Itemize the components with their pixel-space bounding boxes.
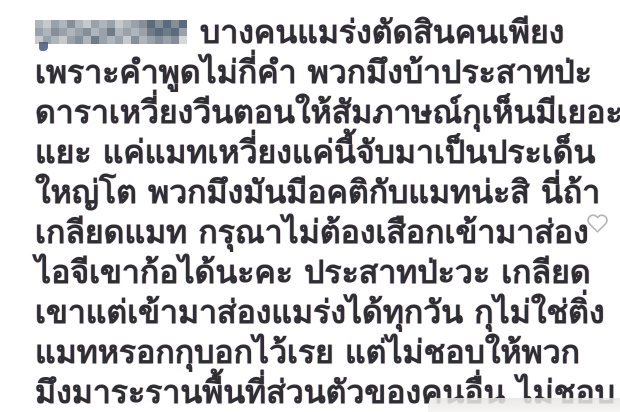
censor-pixel [35, 28, 43, 36]
comment-text-line: บางคนแมร่งตัดสินคนเพียง [200, 12, 564, 52]
partial-next-element [428, 398, 620, 412]
censored-username[interactable] [35, 20, 187, 44]
comment-text-line: ใหญ่โต พวกมึงมันมีอคติกับแมทน่ะสิ นี่ถ้า [35, 172, 595, 212]
comment-text-line: แมทหรอกกุบอกไว้เรย แต่ไม่ชอบให้พวก [35, 332, 595, 372]
censor-pixel [51, 20, 59, 28]
censor-pixel [35, 20, 43, 28]
censor-pixel [171, 20, 179, 28]
censor-pixel [59, 20, 67, 28]
censor-pixel [51, 36, 59, 44]
censor-pixel [75, 36, 83, 44]
censor-pixel [67, 36, 75, 44]
censor-pixel [75, 20, 83, 28]
censor-pixel [51, 28, 59, 36]
censor-pixel [171, 28, 179, 36]
censor-pixel [83, 36, 91, 44]
censor-pixel [107, 36, 115, 44]
censor-pixel [131, 36, 139, 44]
heart-outline-icon [586, 212, 609, 235]
censor-pixel [123, 20, 131, 28]
censor-pixel [123, 28, 131, 36]
comment-body: บางคนแมร่งตัดสินคนเพียง เพราะคำพูดไม่กี่… [35, 12, 595, 412]
censor-pixel [83, 20, 91, 28]
censor-pixel [43, 20, 51, 28]
comment-screenshot: บางคนแมร่งตัดสินคนเพียง เพราะคำพูดไม่กี่… [0, 0, 620, 412]
censor-pixel [147, 28, 155, 36]
censor-pixel [163, 20, 171, 28]
censor-pixel [139, 36, 147, 44]
comment-text-line: ดาราเหวี่ยงวีนตอนให้สัมภาษณ์กุเห็นมีเยอะ [35, 92, 595, 132]
censor-pixel [67, 28, 75, 36]
censor-pixel [83, 28, 91, 36]
censor-pixel [91, 20, 99, 28]
censor-pixel [131, 20, 139, 28]
comment-text-line: แยะ แค่แมทเหวี่ยงแค่นี้จับมาเป็นประเด็น [35, 132, 595, 172]
comment-text-line: เพราะคำพูดไม่กี่คำ พวกมึงบ้าประสาทป่ะ [35, 52, 595, 92]
censor-pixel [107, 20, 115, 28]
censor-pixel [139, 28, 147, 36]
comment-text-line: เขาแต่เข้ามาส่องแมร่งได้ทุกวัน กุไม่ใช่ต… [35, 292, 595, 332]
censor-pixel [163, 28, 171, 36]
censor-pixel [147, 36, 155, 44]
censor-pixel [179, 36, 187, 44]
comment-text-line: ไอจีเขาก้อได้นะคะ ประสาทป่ะวะ เกลียด [35, 252, 595, 292]
censor-pixel [139, 20, 147, 28]
censor-pixel [131, 28, 139, 36]
censor-pixel [155, 36, 163, 44]
censored-username-descender [39, 42, 48, 51]
censor-pixel [155, 20, 163, 28]
comment-text-line: เกลียดแมท กรุณาไม่ต้องเสือกเข้ามาส่อง [35, 212, 595, 252]
censor-pixel [91, 28, 99, 36]
censor-pixel [43, 28, 51, 36]
censor-pixel [59, 28, 67, 36]
censor-pixel [171, 36, 179, 44]
censor-pixel [75, 28, 83, 36]
censor-pixel [115, 28, 123, 36]
comment-like-button[interactable] [584, 210, 610, 236]
censor-pixel [179, 28, 187, 36]
censor-pixel [99, 20, 107, 28]
censor-pixel [115, 36, 123, 44]
censor-pixel [179, 20, 187, 28]
censor-pixel [59, 36, 67, 44]
censor-pixel [99, 28, 107, 36]
censor-pixel [147, 20, 155, 28]
censor-pixel [155, 28, 163, 36]
censor-pixel [123, 36, 131, 44]
censor-pixel [67, 20, 75, 28]
censor-pixel [91, 36, 99, 44]
censor-pixel [163, 36, 171, 44]
censor-pixel [99, 36, 107, 44]
censor-pixel [115, 20, 123, 28]
comment-first-line: บางคนแมร่งตัดสินคนเพียง [35, 12, 595, 52]
censor-pixel [107, 28, 115, 36]
